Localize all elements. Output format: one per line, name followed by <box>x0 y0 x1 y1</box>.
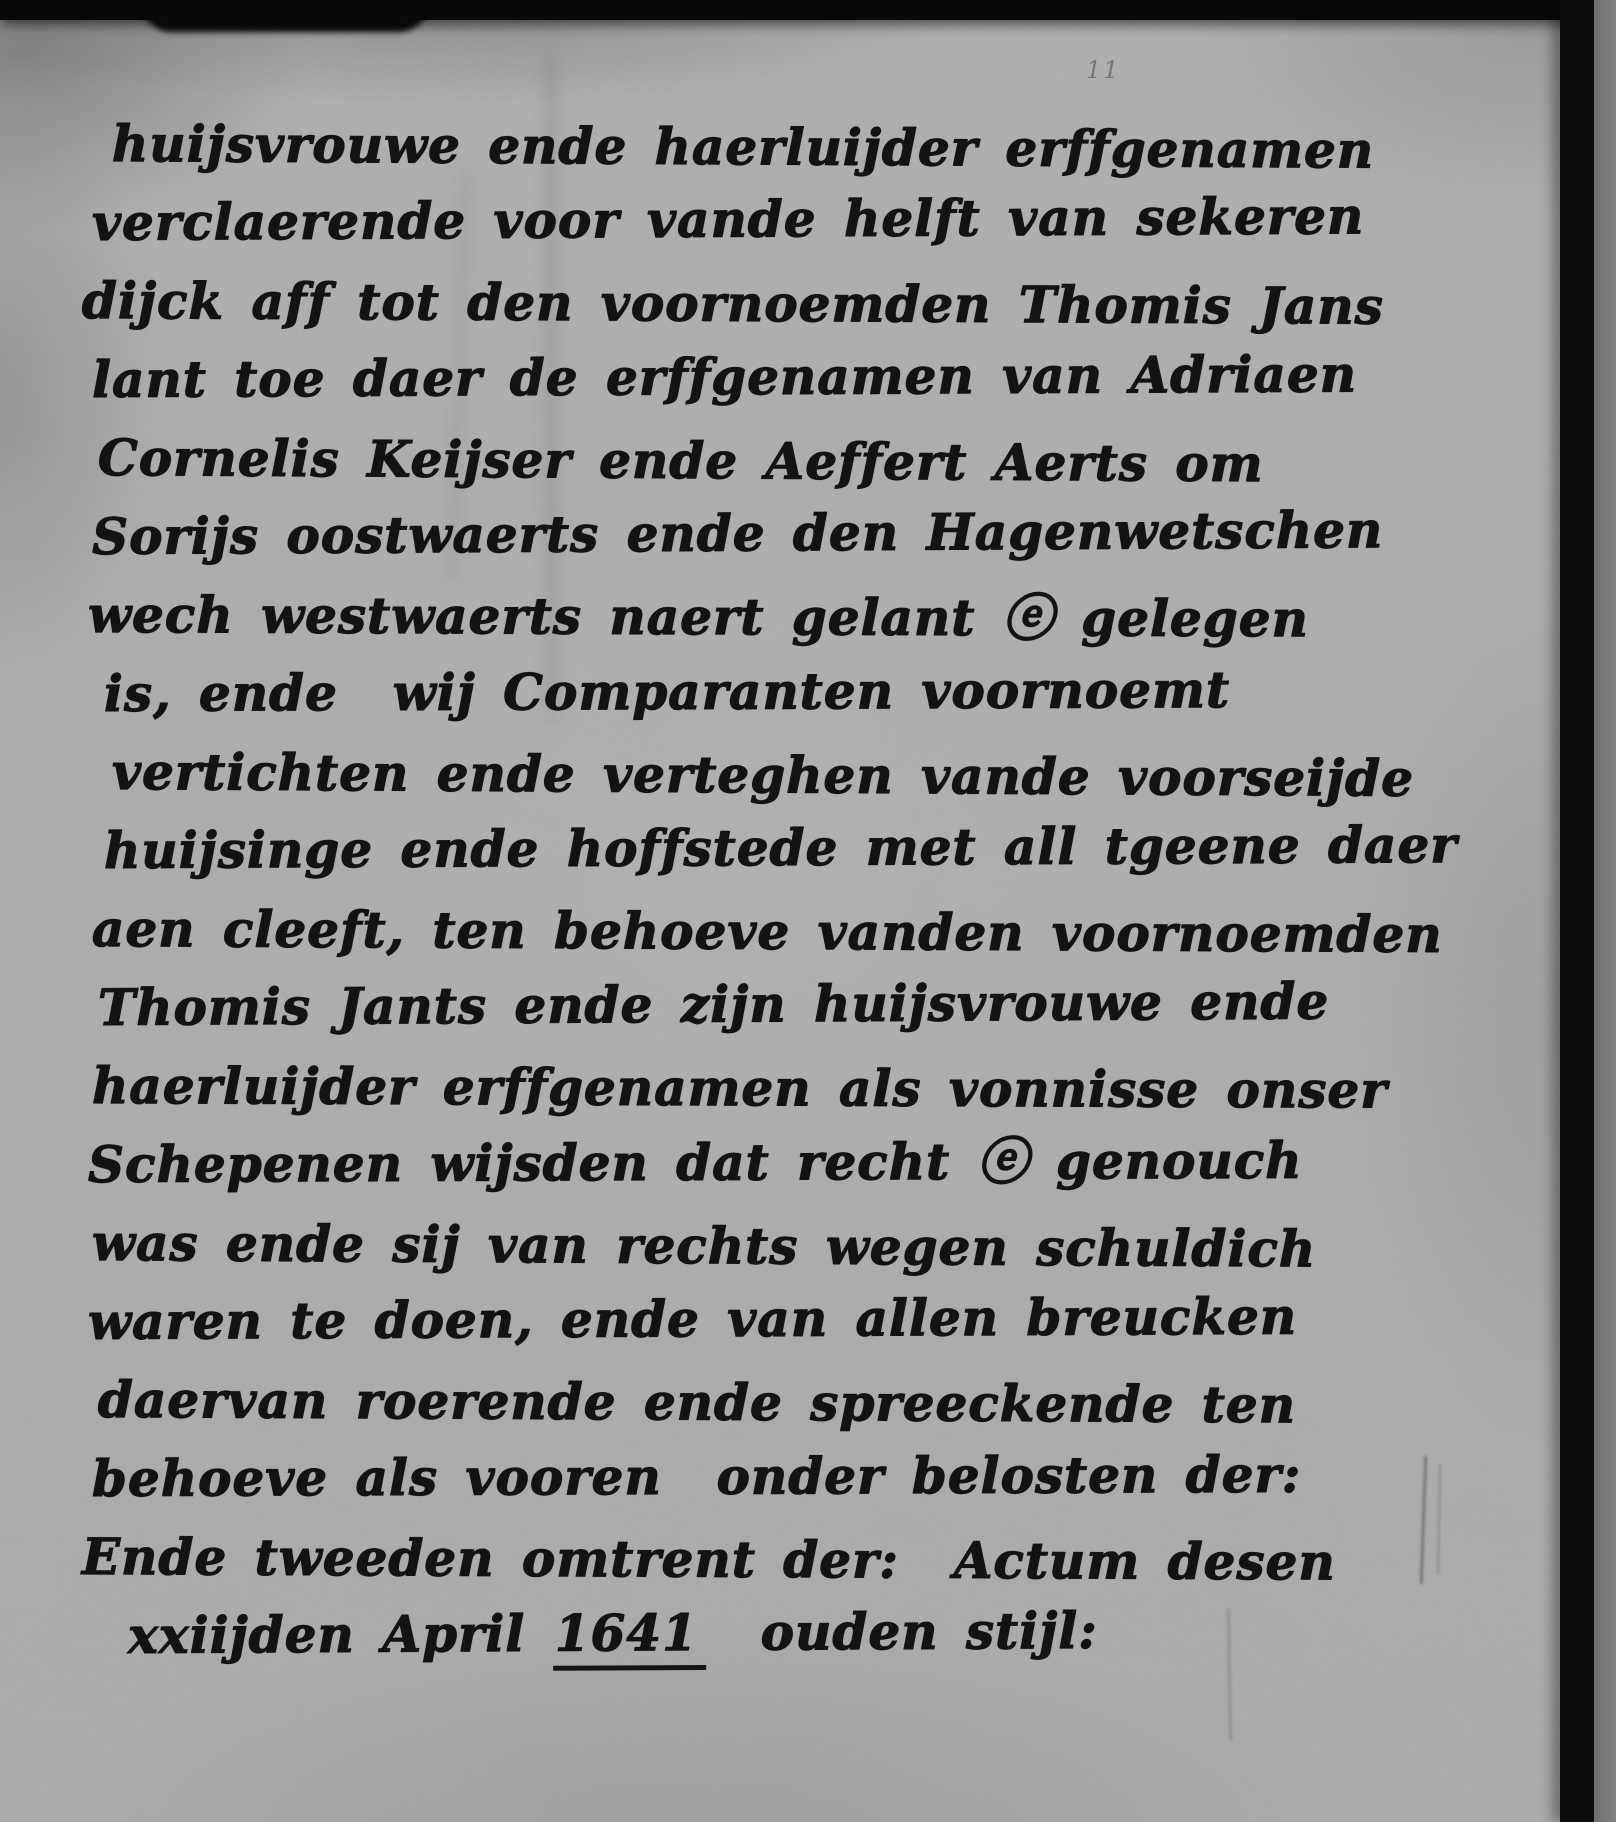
manuscript-line: was ende sij van rechts wegen schuldich <box>92 1213 1317 1279</box>
manuscript-line: Thomis Jants ende zijn huijsvrouwe ende <box>98 972 1330 1038</box>
date-prefix: xxiijden April <box>128 1604 553 1665</box>
manuscript-text-block: huijsvrouwe ende haerluijder erffgenamen… <box>0 16 1562 1822</box>
manuscript-line: Ende tweeden omtrent der: Actum desen <box>82 1527 1336 1592</box>
date-suffix: ouden stijl: <box>706 1601 1098 1662</box>
manuscript-line: verclaerende voor vande helft van sekere… <box>92 186 1365 253</box>
manuscript-line: lant toe daer de erffgenamen van Adriaen <box>92 344 1357 410</box>
manuscript-line: Cornelis Keijser ende Aeffert Aerts om <box>98 428 1264 494</box>
scan-edge-top-notch <box>140 0 430 32</box>
manuscript-line: daervan roerende ende spreeckende ten <box>98 1370 1296 1435</box>
manuscript-line: aen cleeft, ten behoeve vanden voornoemd… <box>92 899 1443 965</box>
manuscript-scan: 11 huijsvrouwe ende haerluijder erffgena… <box>0 0 1616 1822</box>
manuscript-line: huijsvrouwe ende haerluijder erffgenamen <box>112 114 1375 181</box>
manuscript-line: Sorijs oostwaerts ende den Hagenwetschen <box>92 500 1384 567</box>
manuscript-line: vertichten ende verteghen vande voorseij… <box>112 742 1414 809</box>
manuscript-line: wech westwaerts naert gelant ⓔ gelegen <box>88 585 1309 649</box>
scan-edge-right <box>1560 0 1594 1822</box>
manuscript-date-line: xxiijden April 1641 ouden stijl: <box>128 1601 1098 1666</box>
manuscript-line: waren te doen, ende van allen breucken <box>88 1287 1297 1352</box>
manuscript-line: is, ende wij Comparanten voornoemt <box>104 660 1230 724</box>
manuscript-line: huijsinge ende hoffstede met all tgeene … <box>104 815 1458 881</box>
paper-page: 11 huijsvrouwe ende haerluijder erffgena… <box>0 16 1562 1822</box>
scan-strip-right <box>1594 0 1616 1822</box>
manuscript-line: Schepenen wijsden dat recht ⓔ genouch <box>88 1131 1303 1195</box>
manuscript-line: behoeve als vooren onder belosten der: <box>92 1445 1302 1509</box>
date-year-underlined: 1641 <box>553 1603 707 1671</box>
manuscript-line: haerluijder erffgenamen als vonnisse ons… <box>92 1056 1388 1121</box>
manuscript-line: dijck aff tot den voornoemden Thomis Jan… <box>82 271 1384 337</box>
